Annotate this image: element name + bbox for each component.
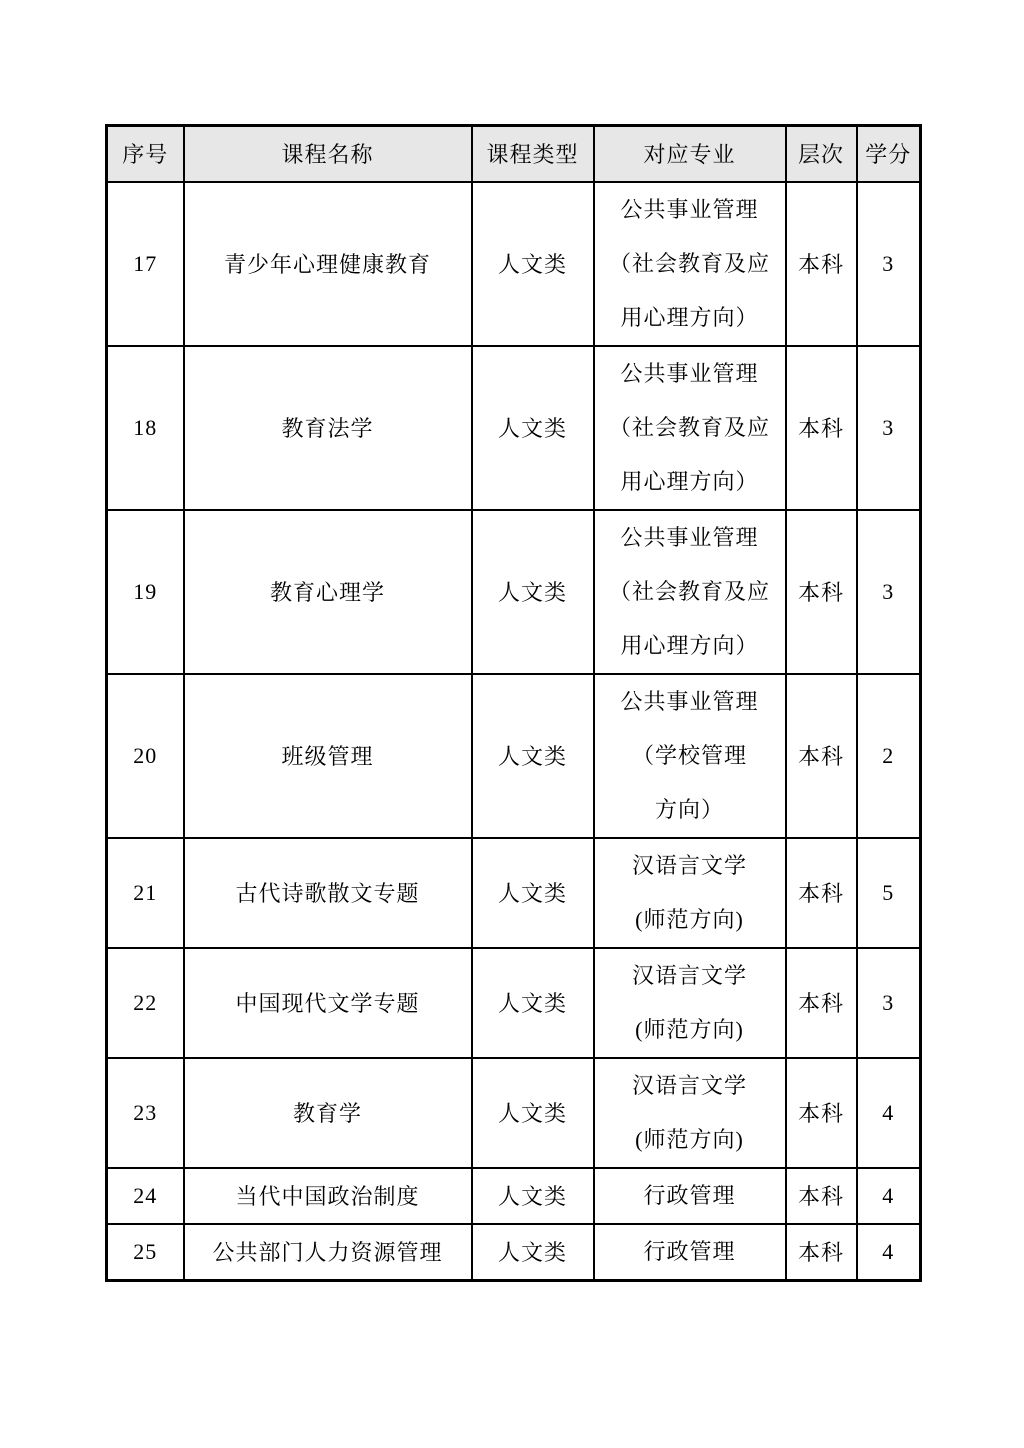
cell-course-type: 人文类 xyxy=(472,838,594,948)
cell-major: 公共事业管理 （社会教育及应 用心理方向） xyxy=(594,182,786,346)
cell-major: 公共事业管理 （社会教育及应 用心理方向） xyxy=(594,346,786,510)
table-row: 23 教育学 人文类 汉语言文学 (师范方向) 本科 4 xyxy=(107,1058,921,1168)
table-row: 25 公共部门人力资源管理 人文类 行政管理 本科 4 xyxy=(107,1224,921,1281)
cell-course-type: 人文类 xyxy=(472,674,594,838)
cell-credits: 4 xyxy=(857,1224,921,1281)
cell-level: 本科 xyxy=(786,346,857,510)
cell-course-type: 人文类 xyxy=(472,510,594,674)
course-table: 序号 课程名称 课程类型 对应专业 层次 学分 17 青少年心理健康教育 人文类… xyxy=(105,124,922,1282)
cell-course-name: 青少年心理健康教育 xyxy=(184,182,472,346)
cell-credits: 5 xyxy=(857,838,921,948)
cell-major: 行政管理 xyxy=(594,1224,786,1281)
cell-level: 本科 xyxy=(786,182,857,346)
cell-major: 汉语言文学 (师范方向) xyxy=(594,1058,786,1168)
header-cell-level: 层次 xyxy=(786,126,857,182)
table-row: 20 班级管理 人文类 公共事业管理 （学校管理 方向） 本科 2 xyxy=(107,674,921,838)
cell-credits: 3 xyxy=(857,510,921,674)
cell-course-name: 教育学 xyxy=(184,1058,472,1168)
table-row: 17 青少年心理健康教育 人文类 公共事业管理 （社会教育及应 用心理方向） 本… xyxy=(107,182,921,346)
cell-level: 本科 xyxy=(786,674,857,838)
cell-credits: 3 xyxy=(857,346,921,510)
cell-course-name: 公共部门人力资源管理 xyxy=(184,1224,472,1281)
cell-course-name: 班级管理 xyxy=(184,674,472,838)
cell-major: 公共事业管理 （学校管理 方向） xyxy=(594,674,786,838)
cell-level: 本科 xyxy=(786,1168,857,1224)
cell-level: 本科 xyxy=(786,838,857,948)
cell-number: 22 xyxy=(107,948,184,1058)
cell-credits: 3 xyxy=(857,948,921,1058)
cell-credits: 2 xyxy=(857,674,921,838)
header-cell-major: 对应专业 xyxy=(594,126,786,182)
table-row: 21 古代诗歌散文专题 人文类 汉语言文学 (师范方向) 本科 5 xyxy=(107,838,921,948)
cell-number: 19 xyxy=(107,510,184,674)
header-cell-credits: 学分 xyxy=(857,126,921,182)
table-header-row: 序号 课程名称 课程类型 对应专业 层次 学分 xyxy=(107,126,921,182)
cell-major: 汉语言文学 (师范方向) xyxy=(594,948,786,1058)
table-row: 22 中国现代文学专题 人文类 汉语言文学 (师范方向) 本科 3 xyxy=(107,948,921,1058)
cell-course-type: 人文类 xyxy=(472,1224,594,1281)
cell-course-name: 教育心理学 xyxy=(184,510,472,674)
cell-course-type: 人文类 xyxy=(472,1168,594,1224)
cell-course-name: 古代诗歌散文专题 xyxy=(184,838,472,948)
cell-number: 21 xyxy=(107,838,184,948)
table-row: 24 当代中国政治制度 人文类 行政管理 本科 4 xyxy=(107,1168,921,1224)
cell-major: 行政管理 xyxy=(594,1168,786,1224)
cell-course-type: 人文类 xyxy=(472,1058,594,1168)
cell-course-type: 人文类 xyxy=(472,182,594,346)
cell-level: 本科 xyxy=(786,1058,857,1168)
header-cell-course-type: 课程类型 xyxy=(472,126,594,182)
table-row: 18 教育法学 人文类 公共事业管理 （社会教育及应 用心理方向） 本科 3 xyxy=(107,346,921,510)
cell-course-name: 当代中国政治制度 xyxy=(184,1168,472,1224)
cell-level: 本科 xyxy=(786,510,857,674)
cell-number: 17 xyxy=(107,182,184,346)
cell-number: 18 xyxy=(107,346,184,510)
cell-credits: 4 xyxy=(857,1058,921,1168)
header-cell-number: 序号 xyxy=(107,126,184,182)
cell-number: 20 xyxy=(107,674,184,838)
cell-credits: 3 xyxy=(857,182,921,346)
cell-course-type: 人文类 xyxy=(472,346,594,510)
cell-level: 本科 xyxy=(786,1224,857,1281)
cell-course-name: 中国现代文学专题 xyxy=(184,948,472,1058)
document-page: 序号 课程名称 课程类型 对应专业 层次 学分 17 青少年心理健康教育 人文类… xyxy=(0,0,1024,1448)
cell-course-type: 人文类 xyxy=(472,948,594,1058)
cell-level: 本科 xyxy=(786,948,857,1058)
cell-major: 公共事业管理 （社会教育及应 用心理方向） xyxy=(594,510,786,674)
cell-course-name: 教育法学 xyxy=(184,346,472,510)
cell-major: 汉语言文学 (师范方向) xyxy=(594,838,786,948)
cell-number: 23 xyxy=(107,1058,184,1168)
cell-credits: 4 xyxy=(857,1168,921,1224)
cell-number: 25 xyxy=(107,1224,184,1281)
cell-number: 24 xyxy=(107,1168,184,1224)
header-cell-course-name: 课程名称 xyxy=(184,126,472,182)
table-row: 19 教育心理学 人文类 公共事业管理 （社会教育及应 用心理方向） 本科 3 xyxy=(107,510,921,674)
